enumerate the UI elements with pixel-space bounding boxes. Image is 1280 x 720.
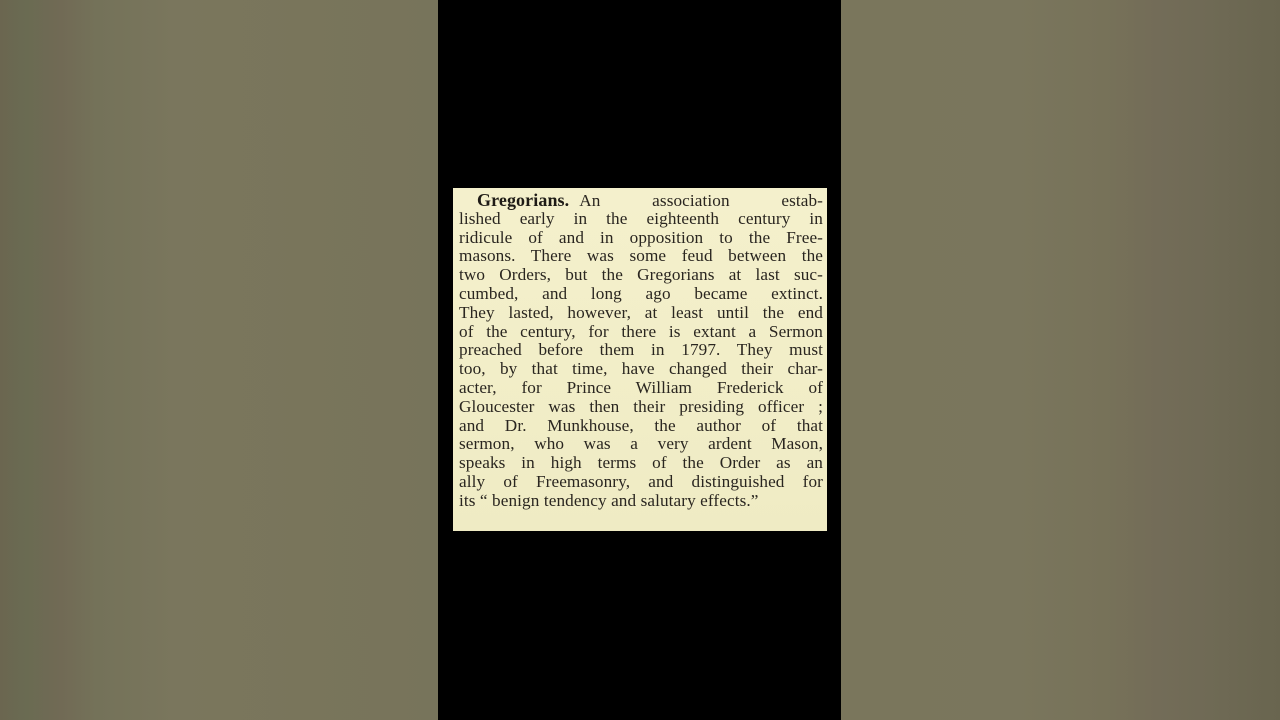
clipping-line: speaks in high terms of the Order as an: [459, 454, 823, 473]
clipping-line: masons. There was some feud between the: [459, 247, 823, 266]
clipping-line: ally of Freemasonry, and distinguished f…: [459, 473, 823, 492]
entry-headword: Gregorians.: [477, 190, 569, 210]
clipping-line-last: its “ benign tendency and salutary effec…: [459, 492, 823, 511]
background-left: [0, 0, 438, 720]
clipping-line: acter, for Prince William Frederick of: [459, 379, 823, 398]
clipping-line: Gloucester was then their presiding offi…: [459, 398, 823, 417]
clipping-line: two Orders, but the Gregorians at last s…: [459, 266, 823, 285]
entry-first-line: An association estab-: [579, 191, 823, 210]
clipping-line: lished early in the eighteenth century i…: [459, 210, 823, 229]
clipping-line: too, by that time, have changed their ch…: [459, 360, 823, 379]
encyclopedia-clipping: Gregorians.An association estab- lished …: [453, 188, 827, 531]
clipping-line: and Dr. Munkhouse, the author of that: [459, 417, 823, 436]
clipping-line: of the century, for there is extant a Se…: [459, 323, 823, 342]
background-right: [841, 0, 1280, 720]
clipping-line-first: Gregorians.An association estab-: [459, 191, 823, 210]
clipping-line: preached before them in 1797. They must: [459, 341, 823, 360]
clipping-line: ridicule of and in opposition to the Fre…: [459, 229, 823, 248]
video-frame: Gregorians.An association estab- lished …: [438, 0, 841, 720]
clipping-line: sermon, who was a very ardent Mason,: [459, 435, 823, 454]
clipping-line: They lasted, however, at least until the…: [459, 304, 823, 323]
clipping-line: cumbed, and long ago became extinct.: [459, 285, 823, 304]
